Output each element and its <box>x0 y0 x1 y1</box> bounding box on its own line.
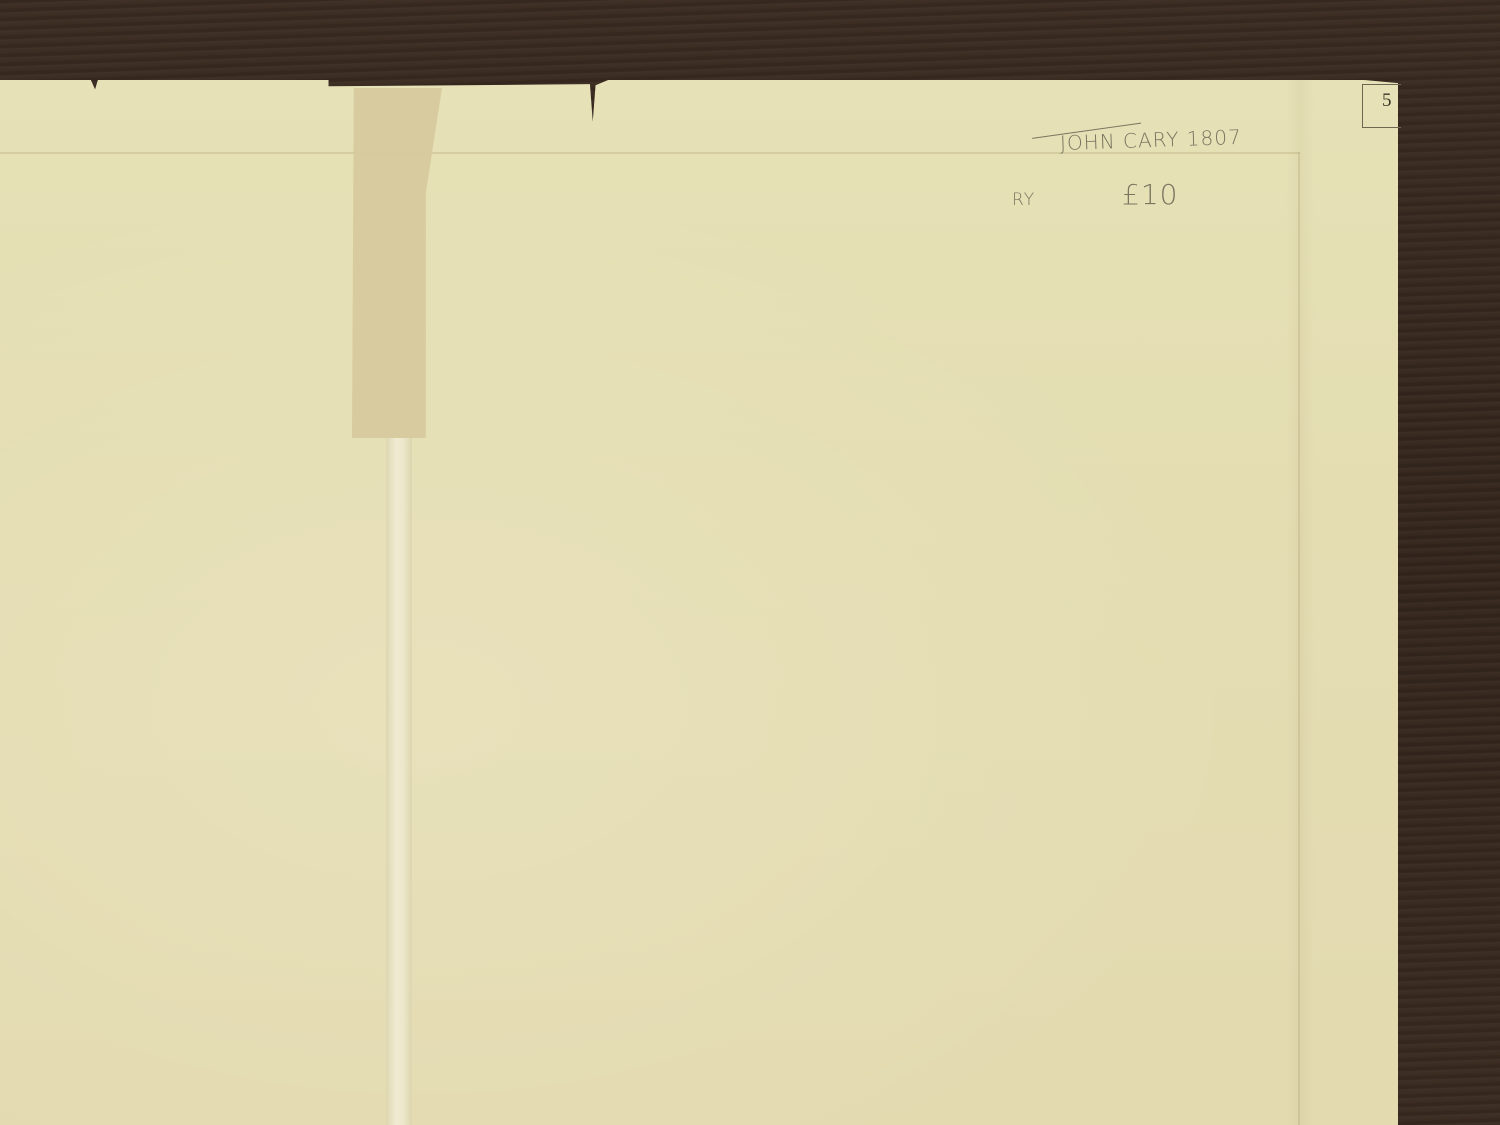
plate-mark-right <box>1298 152 1300 1125</box>
fold-strip <box>386 438 412 1125</box>
paper-sheet <box>0 80 1398 1125</box>
pencil-annotation-price: £10 <box>1122 178 1178 211</box>
page-number: 5 <box>1382 90 1392 112</box>
pencil-annotation-initials: RY <box>1012 190 1035 210</box>
